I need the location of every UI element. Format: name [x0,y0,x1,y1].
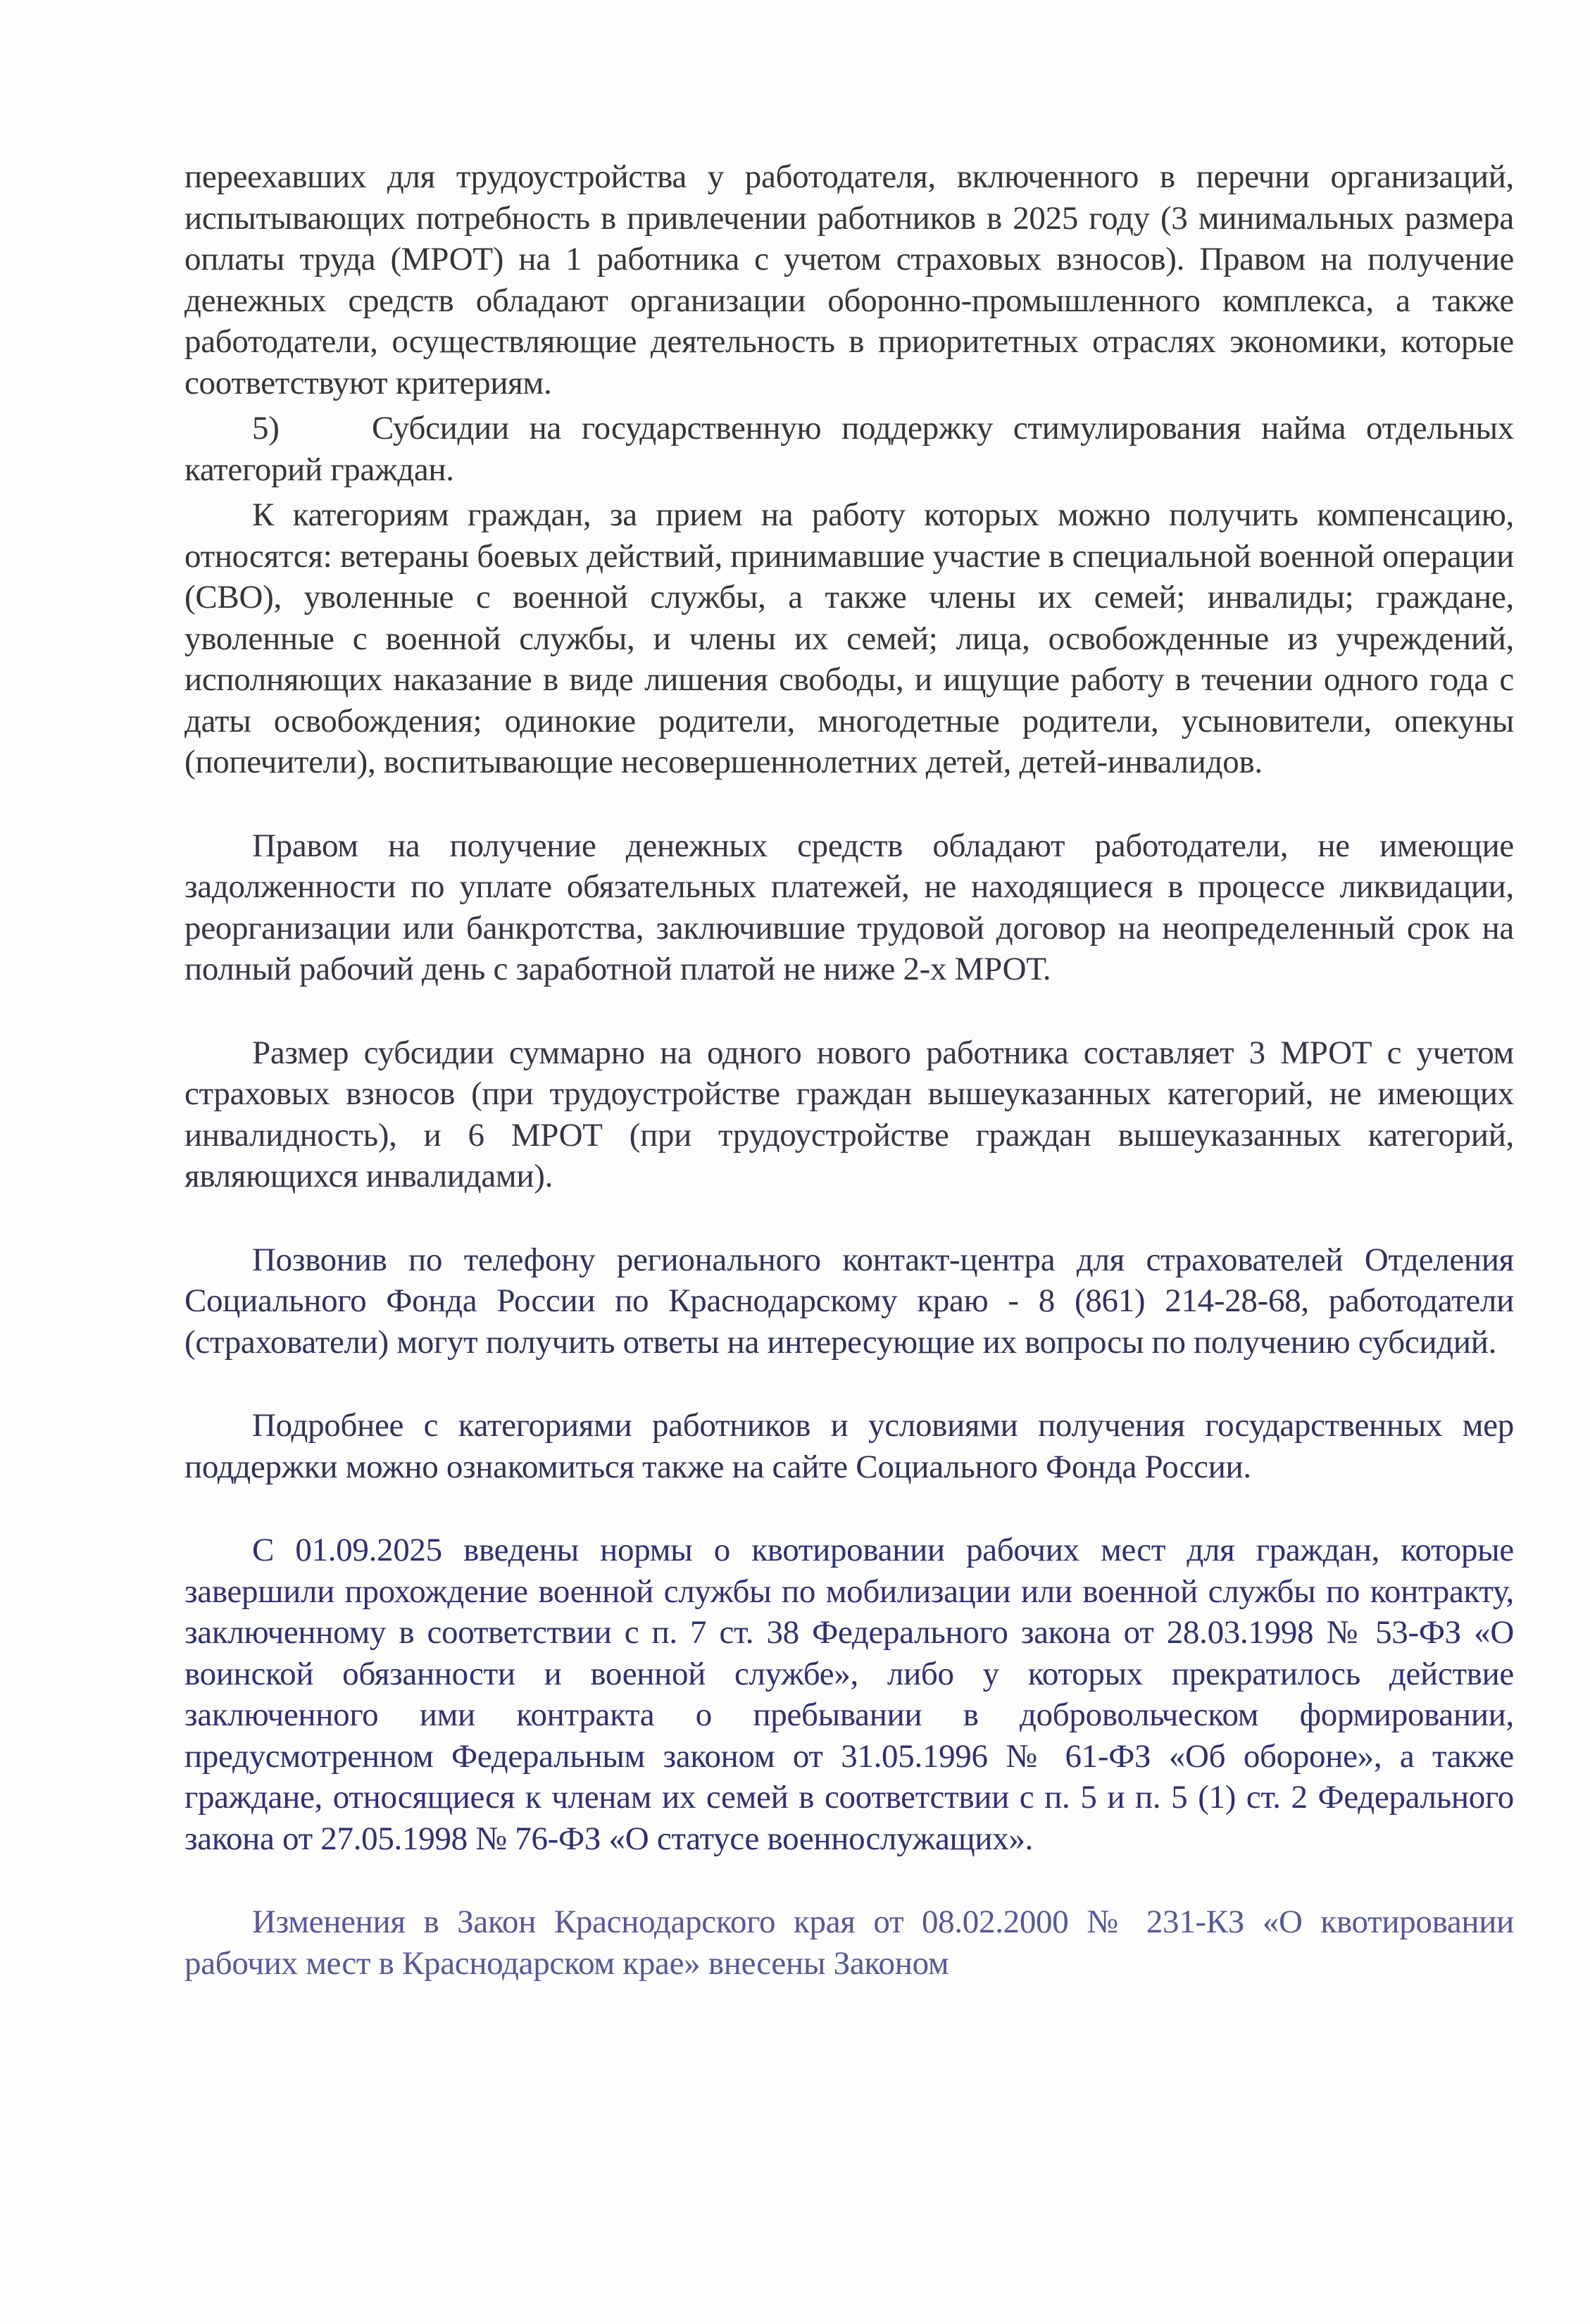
paragraph-more-info: Подробнее с категориями работников и усл… [184,1405,1514,1487]
paragraph-eligibility: Правом на получение денежных средств обл… [184,825,1514,990]
paragraph-job-quota: С 01.09.2025 введены нормы о квотировани… [184,1530,1514,1859]
list-item-number: 5) [252,408,372,449]
list-item-5: 5)Субсидии на государственную поддержку … [184,408,1514,490]
paragraph-contact-center: Позвонив по телефону регионального конта… [184,1239,1514,1363]
list-item-text: Субсидии на государственную поддержку ст… [184,410,1514,488]
scanned-page: переехавших для трудоустройства у работо… [0,0,1590,2324]
document-body: переехавших для трудоустройства у работо… [184,156,1514,1984]
paragraph-amendments: Изменения в Закон Краснодарского края от… [184,1901,1514,1984]
paragraph-continuation: переехавших для трудоустройства у работо… [184,156,1514,404]
paragraph-subsidy-amount: Размер субсидии суммарно на одного новог… [184,1032,1514,1197]
paragraph-categories: К категориям граждан, за прием на работу… [184,494,1514,783]
